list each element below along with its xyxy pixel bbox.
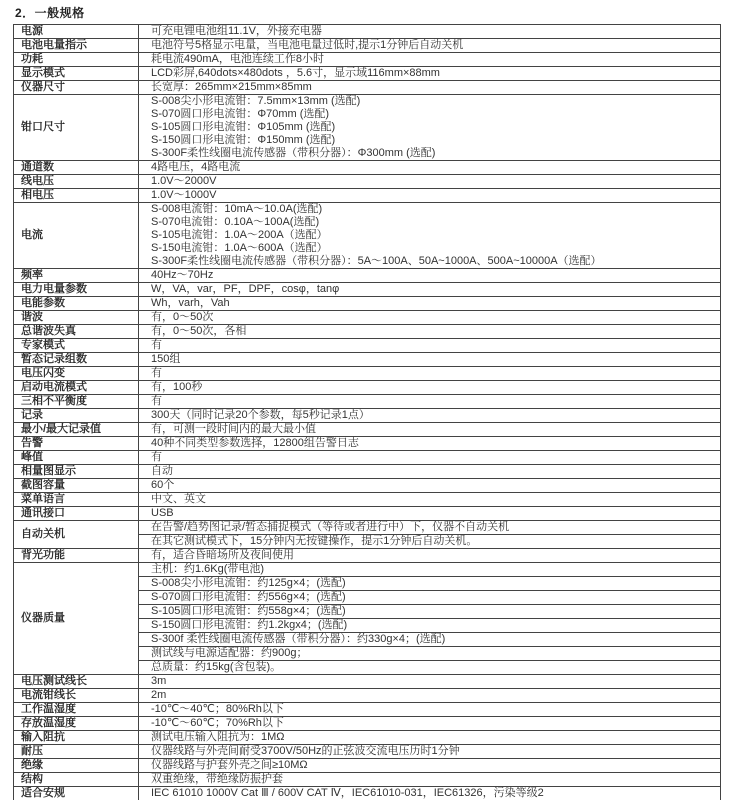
spec-value: 300天（同时记录20个参数，每5秒记录1点） xyxy=(139,409,721,423)
spec-value: 中文、英文 xyxy=(139,493,721,507)
spec-label: 电池电量指示 xyxy=(14,39,139,53)
spec-line: S-070圆口形电流钳：Φ70mm (选配) xyxy=(151,108,718,121)
spec-value: S-008电流钳：10mA～10.0A(选配)S-070电流钳：0.10A～10… xyxy=(139,203,721,269)
table-row: 结构双重绝缘，带绝缘防振护套 xyxy=(14,773,721,787)
table-row: 仪器质量主机：约1.6Kg(带电池) xyxy=(14,563,721,577)
spec-value: 60个 xyxy=(139,479,721,493)
spec-label: 适合安规 xyxy=(14,787,139,800)
section-title: 2．一般规格 xyxy=(15,4,729,21)
spec-line: -10℃～60℃；70%Rh以下 xyxy=(151,717,718,730)
table-row: 专家模式有 xyxy=(14,339,721,353)
spec-line: S-008电流钳：10mA～10.0A(选配) xyxy=(151,203,718,216)
spec-value: 2m xyxy=(139,689,721,703)
spec-label: 绝缘 xyxy=(14,759,139,773)
spec-line: S-300F柔性线圈电流传感器（带积分器）：5A～100A、50A~1000A、… xyxy=(151,255,718,268)
spec-line: S-150圆口形电流钳：Φ150mm (选配) xyxy=(151,134,718,147)
spec-line: S-008尖小形电流钳：7.5mm×13mm (选配) xyxy=(151,95,718,108)
spec-value: 总质量：约15kg(含包装)。 xyxy=(139,661,721,675)
spec-line: S-070电流钳：0.10A～100A(选配) xyxy=(151,216,718,229)
spec-line: 有 xyxy=(151,451,718,464)
spec-value: 1.0V～2000V xyxy=(139,175,721,189)
spec-label: 存放温湿度 xyxy=(14,717,139,731)
spec-value: 有 xyxy=(139,339,721,353)
table-row: 通道数4路电压，4路电流 xyxy=(14,161,721,175)
spec-label: 频率 xyxy=(14,269,139,283)
spec-value: 40种不同类型参数选择，12800组告警日志 xyxy=(139,437,721,451)
table-row: 暂态记录组数150组 xyxy=(14,353,721,367)
spec-line: IEC 61010 1000V Cat Ⅲ / 600V CAT Ⅳ，IEC61… xyxy=(151,787,718,800)
table-row: 功耗耗电流490mA，电池连续工作8小时 xyxy=(14,53,721,67)
spec-label: 显示模式 xyxy=(14,67,139,81)
spec-label: 截图容量 xyxy=(14,479,139,493)
spec-line: 有，0～50次 xyxy=(151,311,718,324)
spec-value: 在其它测试模式下，15分钟内无按键操作，提示1分钟后自动关机。 xyxy=(139,535,721,549)
table-row: 绝缘仪器线路与护套外壳之间≥10MΩ xyxy=(14,759,721,773)
spec-value: 有，0～50次 xyxy=(139,311,721,325)
spec-line: 有，适合昏暗场所及夜间使用 xyxy=(151,549,718,562)
table-row: 相量图显示自动 xyxy=(14,465,721,479)
spec-line: 有 xyxy=(151,367,718,380)
spec-label: 输入阻抗 xyxy=(14,731,139,745)
spec-value: S-008尖小形电流钳：约125g×4；(选配) xyxy=(139,577,721,591)
table-row: 线电压1.0V～2000V xyxy=(14,175,721,189)
spec-value: 耗电流490mA，电池连续工作8小时 xyxy=(139,53,721,67)
spec-table-body: 电源可充电锂电池组11.1V，外接充电器电池电量指示电池符号5格显示电量，当电池… xyxy=(14,25,721,800)
spec-line: 150组 xyxy=(151,353,718,366)
spec-line: 1.0V～2000V xyxy=(151,175,718,188)
table-row: 启动电流模式有，100秒 xyxy=(14,381,721,395)
spec-value: 有，100秒 xyxy=(139,381,721,395)
spec-value: 自动 xyxy=(139,465,721,479)
table-row: 峰值有 xyxy=(14,451,721,465)
spec-value: 可充电锂电池组11.1V，外接充电器 xyxy=(139,25,721,39)
spec-line: 自动 xyxy=(151,465,718,478)
spec-line: 测试电压输入阻抗为：1MΩ xyxy=(151,731,718,744)
table-row: 截图容量60个 xyxy=(14,479,721,493)
spec-label: 相量图显示 xyxy=(14,465,139,479)
table-row: 告警40种不同类型参数选择，12800组告警日志 xyxy=(14,437,721,451)
table-row: 电池电量指示电池符号5格显示电量，当电池电量过低时,提示1分钟后自动关机 xyxy=(14,39,721,53)
table-row: 电压测试线长3m xyxy=(14,675,721,689)
spec-value: Wh，varh，Vah xyxy=(139,297,721,311)
spec-line: 双重绝缘，带绝缘防振护套 xyxy=(151,773,718,786)
spec-label: 功耗 xyxy=(14,53,139,67)
table-row: 耐压仪器线路与外壳间耐受3700V/50Hz的正弦波交流电压历时1分钟 xyxy=(14,745,721,759)
spec-line: Wh，varh，Vah xyxy=(151,297,718,310)
spec-value: 主机：约1.6Kg(带电池) xyxy=(139,563,721,577)
spec-label: 谐波 xyxy=(14,311,139,325)
spec-line: 2m xyxy=(151,689,718,702)
table-row: 自动关机在告警/趋势图记录/暂态捕捉模式（等待或者进行中）下，仪器不自动关机 xyxy=(14,521,721,535)
table-row: 输入阻抗测试电压输入阻抗为：1MΩ xyxy=(14,731,721,745)
spec-value: -10℃～60℃；70%Rh以下 xyxy=(139,717,721,731)
spec-line: 有，100秒 xyxy=(151,381,718,394)
spec-label: 线电压 xyxy=(14,175,139,189)
spec-value: S-008尖小形电流钳：7.5mm×13mm (选配)S-070圆口形电流钳：Φ… xyxy=(139,95,721,161)
spec-line: 中文、英文 xyxy=(151,493,718,506)
spec-value: W，VA，var，PF，DPF，cosφ，tanφ xyxy=(139,283,721,297)
spec-value: 3m xyxy=(139,675,721,689)
spec-value: 电池符号5格显示电量，当电池电量过低时,提示1分钟后自动关机 xyxy=(139,39,721,53)
spec-label: 启动电流模式 xyxy=(14,381,139,395)
spec-line: 有 xyxy=(151,395,718,408)
table-row: 电能参数Wh，varh，Vah xyxy=(14,297,721,311)
spec-value: S-105圆口形电流钳：约558g×4；(选配) xyxy=(139,605,721,619)
spec-line: S-150电流钳：1.0A～600A（选配） xyxy=(151,242,718,255)
table-row: 谐波有，0～50次 xyxy=(14,311,721,325)
table-row: 电流钳线长2m xyxy=(14,689,721,703)
spec-label: 仪器尺寸 xyxy=(14,81,139,95)
table-row: 工作温湿度-10℃～40℃；80%Rh以下 xyxy=(14,703,721,717)
spec-label: 自动关机 xyxy=(14,521,139,549)
spec-line: 300天（同时记录20个参数，每5秒记录1点） xyxy=(151,409,718,422)
spec-value: 双重绝缘，带绝缘防振护套 xyxy=(139,773,721,787)
spec-label: 三相不平衡度 xyxy=(14,395,139,409)
spec-line: S-105圆口形电流钳：Φ105mm (选配) xyxy=(151,121,718,134)
table-row: 电源可充电锂电池组11.1V，外接充电器 xyxy=(14,25,721,39)
spec-label: 仪器质量 xyxy=(14,563,139,675)
spec-value: 仪器线路与护套外壳之间≥10MΩ xyxy=(139,759,721,773)
spec-line: 1.0V～1000V xyxy=(151,189,718,202)
table-row: 电压闪变有 xyxy=(14,367,721,381)
table-row: 显示模式LCD彩屏,640dots×480dots ，5.6寸，显示域116mm… xyxy=(14,67,721,81)
spec-value: S-300f 柔性线圈电流传感器（带积分器）：约330g×4；(选配) xyxy=(139,633,721,647)
table-row: 通讯接口USB xyxy=(14,507,721,521)
spec-label: 峰值 xyxy=(14,451,139,465)
table-row: 总谐波失真有，0～50次，各相 xyxy=(14,325,721,339)
table-row: 记录300天（同时记录20个参数，每5秒记录1点） xyxy=(14,409,721,423)
spec-line: 有，可测一段时间内的最大最小值 xyxy=(151,423,718,436)
spec-line: USB xyxy=(151,507,718,520)
spec-label: 电流 xyxy=(14,203,139,269)
spec-line: 有 xyxy=(151,339,718,352)
table-row: 电力电量参数W，VA，var，PF，DPF，cosφ，tanφ xyxy=(14,283,721,297)
spec-label: 电压测试线长 xyxy=(14,675,139,689)
spec-value: 有，适合昏暗场所及夜间使用 xyxy=(139,549,721,563)
table-row: 频率40Hz～70Hz xyxy=(14,269,721,283)
spec-label: 耐压 xyxy=(14,745,139,759)
spec-value: 仪器线路与外壳间耐受3700V/50Hz的正弦波交流电压历时1分钟 xyxy=(139,745,721,759)
table-row: 相电压1.0V～1000V xyxy=(14,189,721,203)
spec-value: 150组 xyxy=(139,353,721,367)
table-row: 适合安规IEC 61010 1000V Cat Ⅲ / 600V CAT Ⅳ，I… xyxy=(14,787,721,800)
table-row: 背光功能有，适合昏暗场所及夜间使用 xyxy=(14,549,721,563)
spec-value: 在告警/趋势图记录/暂态捕捉模式（等待或者进行中）下，仪器不自动关机 xyxy=(139,521,721,535)
spec-label: 结构 xyxy=(14,773,139,787)
spec-label: 通道数 xyxy=(14,161,139,175)
spec-line: 仪器线路与外壳间耐受3700V/50Hz的正弦波交流电压历时1分钟 xyxy=(151,745,718,758)
spec-label: 菜单语言 xyxy=(14,493,139,507)
spec-line: 3m xyxy=(151,675,718,688)
spec-value: 有，0～50次，各相 xyxy=(139,325,721,339)
spec-value: -10℃～40℃；80%Rh以下 xyxy=(139,703,721,717)
spec-line: LCD彩屏,640dots×480dots ，5.6寸，显示域116mm×88m… xyxy=(151,67,718,80)
spec-label: 背光功能 xyxy=(14,549,139,563)
table-row: 存放温湿度-10℃～60℃；70%Rh以下 xyxy=(14,717,721,731)
spec-value: 长宽厚：265mm×215mm×85mm xyxy=(139,81,721,95)
spec-value: 1.0V～1000V xyxy=(139,189,721,203)
spec-line: 4路电压，4路电流 xyxy=(151,161,718,174)
spec-value: 有，可测一段时间内的最大最小值 xyxy=(139,423,721,437)
spec-label: 电能参数 xyxy=(14,297,139,311)
spec-line: 40种不同类型参数选择，12800组告警日志 xyxy=(151,437,718,450)
spec-value: 40Hz～70Hz xyxy=(139,269,721,283)
spec-label: 暂态记录组数 xyxy=(14,353,139,367)
spec-line: 40Hz～70Hz xyxy=(151,269,718,282)
spec-line: 耗电流490mA，电池连续工作8小时 xyxy=(151,53,718,66)
spec-value: USB xyxy=(139,507,721,521)
spec-label: 告警 xyxy=(14,437,139,451)
spec-label: 工作温湿度 xyxy=(14,703,139,717)
spec-table: 电源可充电锂电池组11.1V，外接充电器电池电量指示电池符号5格显示电量，当电池… xyxy=(13,24,721,800)
spec-value: LCD彩屏,640dots×480dots ，5.6寸，显示域116mm×88m… xyxy=(139,67,721,81)
table-row: 钳口尺寸S-008尖小形电流钳：7.5mm×13mm (选配)S-070圆口形电… xyxy=(14,95,721,161)
spec-value: 有 xyxy=(139,367,721,381)
spec-label: 电压闪变 xyxy=(14,367,139,381)
spec-line: 长宽厚：265mm×215mm×85mm xyxy=(151,81,718,94)
table-row: 最小/最大记录值有，可测一段时间内的最大最小值 xyxy=(14,423,721,437)
spec-label: 电流钳线长 xyxy=(14,689,139,703)
spec-label: 电力电量参数 xyxy=(14,283,139,297)
spec-line: 仪器线路与护套外壳之间≥10MΩ xyxy=(151,759,718,772)
spec-label: 总谐波失真 xyxy=(14,325,139,339)
spec-label: 相电压 xyxy=(14,189,139,203)
spec-line: 可充电锂电池组11.1V，外接充电器 xyxy=(151,25,718,38)
spec-label: 钳口尺寸 xyxy=(14,95,139,161)
spec-label: 记录 xyxy=(14,409,139,423)
table-row: 电流S-008电流钳：10mA～10.0A(选配)S-070电流钳：0.10A～… xyxy=(14,203,721,269)
table-row: 仪器尺寸长宽厚：265mm×215mm×85mm xyxy=(14,81,721,95)
spec-line: 60个 xyxy=(151,479,718,492)
spec-value: S-070圆口形电流钳：约556g×4；(选配) xyxy=(139,591,721,605)
spec-line: 有，0～50次，各相 xyxy=(151,325,718,338)
spec-label: 通讯接口 xyxy=(14,507,139,521)
spec-value: 有 xyxy=(139,395,721,409)
table-row: 菜单语言中文、英文 xyxy=(14,493,721,507)
spec-line: S-300F柔性线圈电流传感器（带积分器）：Φ300mm (选配) xyxy=(151,147,718,160)
spec-value: S-150圆口形电流钳：约1.2kgx4；(选配) xyxy=(139,619,721,633)
spec-value: 4路电压，4路电流 xyxy=(139,161,721,175)
spec-line: S-105电流钳：1.0A～200A（选配） xyxy=(151,229,718,242)
spec-value: 测试线与电源适配器：约900g； xyxy=(139,647,721,661)
spec-label: 专家模式 xyxy=(14,339,139,353)
spec-value: IEC 61010 1000V Cat Ⅲ / 600V CAT Ⅳ，IEC61… xyxy=(139,787,721,800)
spec-value: 测试电压输入阻抗为：1MΩ xyxy=(139,731,721,745)
spec-label: 电源 xyxy=(14,25,139,39)
table-row: 三相不平衡度有 xyxy=(14,395,721,409)
spec-line: -10℃～40℃；80%Rh以下 xyxy=(151,703,718,716)
spec-value: 有 xyxy=(139,451,721,465)
spec-line: W，VA，var，PF，DPF，cosφ，tanφ xyxy=(151,283,718,296)
spec-line: 电池符号5格显示电量，当电池电量过低时,提示1分钟后自动关机 xyxy=(151,39,718,52)
spec-label: 最小/最大记录值 xyxy=(14,423,139,437)
